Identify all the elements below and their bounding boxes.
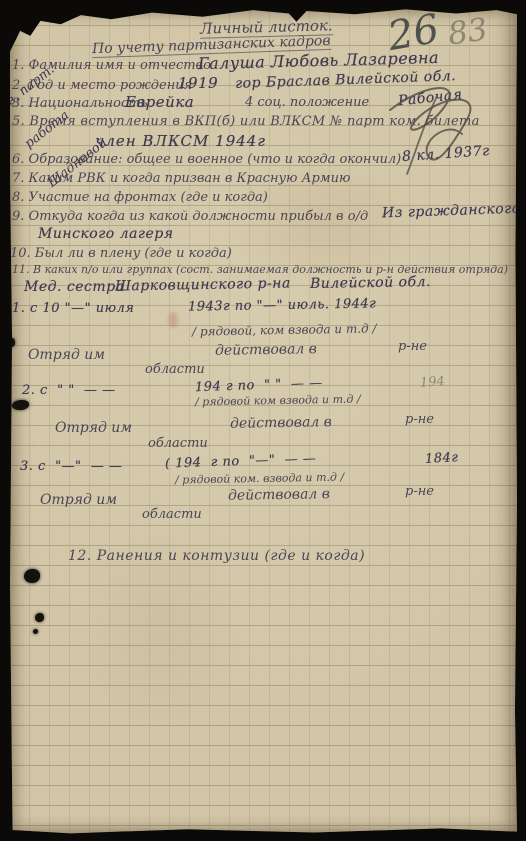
field-10-label: 10. Был ли в плену (где и когда) — [10, 246, 232, 261]
record-3-role-note: / рядовой ком. взвода и т.д / — [175, 471, 344, 487]
record-3-oblast-label: области — [142, 507, 202, 522]
field-11-district: Шарковщинского р-на — [115, 275, 291, 294]
field-11-label: 11. В каких п/о или группах (сост. заним… — [12, 263, 508, 276]
record-3-period-mid: ( 194 г по "—" — — — [165, 451, 317, 471]
record-3-action-label: действовал в — [228, 486, 330, 504]
record-2-year-right: 194 — [420, 374, 446, 391]
record-1-unit-label: Отряд им — [28, 347, 105, 363]
record-1-oblast-label: области — [145, 362, 205, 377]
field-9-value: Из гражданского — [382, 201, 521, 222]
field-8-label: 8. Участие на фронтах (где и когда) — [12, 190, 268, 205]
record-1-role-note: / рядовой, ком взвода и т.д / — [192, 321, 377, 338]
field-7-label: 7. Каким РВК и когда призван в Красную А… — [12, 171, 350, 186]
record-2-role-note: / рядовой ком взвода и т.д / — [195, 393, 361, 409]
paper-hole — [8, 338, 15, 347]
record-1-action-label: действовал в — [215, 341, 317, 359]
record-2-action-label: действовал в — [230, 414, 332, 432]
record-3-district-label: р-не — [405, 484, 434, 499]
record-3-year-right: 184г — [425, 450, 459, 467]
record-2-period-mid: 194 г по " " — — — [195, 376, 323, 395]
paper-sheet: Сов. парт. работа Шадновой 26 83 Личный … — [10, 6, 517, 835]
ink-smudge — [168, 312, 178, 328]
field-9-label: 9. Откуда когда из какой должности прибы… — [12, 209, 368, 224]
field-4-label: 4 соц. положение — [245, 95, 369, 110]
record-1-district-label: р-не — [398, 339, 427, 354]
pencil-scribble — [365, 78, 500, 178]
record-1-period-mid: 1943г по "—" июль. 1944г — [188, 296, 377, 314]
field-12-label: 12. Ранения и контузии (где и когда) — [68, 548, 365, 564]
record-3-unit-label: Отряд им — [40, 492, 117, 508]
field-11-oblast: Вилейской обл. — [310, 274, 431, 292]
record-1-period-left: 1. с 10 "—" июля — [12, 301, 134, 316]
field-5-value: член ВЛКСМ 1944г — [95, 132, 266, 150]
record-3-period-left: 3. с "—" — — — [20, 459, 122, 474]
field-3-value: Еврейка — [125, 93, 194, 111]
paper-hole — [33, 629, 38, 634]
record-2-district-label: р-не — [405, 412, 434, 427]
field-1-label: 1. Фамилия имя и отчество — [12, 58, 211, 73]
paper-hole — [12, 400, 29, 410]
record-2-oblast-label: области — [148, 436, 208, 451]
field-6-label: 6. Образование: общее и военное (что и к… — [12, 152, 401, 167]
document-scan: Сов. парт. работа Шадновой 26 83 Личный … — [0, 0, 526, 841]
field-9-value-2: Минского лагеря — [38, 226, 174, 242]
record-2-unit-label: Отряд им — [55, 420, 132, 436]
field-11-role: Мед. сестра — [24, 279, 124, 295]
registry-number-secondary: 83 — [446, 11, 490, 52]
field-2-year: 1919 — [178, 74, 218, 92]
record-2-period-left: 2. с " " — — — [22, 383, 116, 398]
paper-hole — [35, 613, 44, 622]
paper-hole — [24, 569, 40, 583]
field-2-label: 2. Год и место рождения — [12, 78, 192, 93]
